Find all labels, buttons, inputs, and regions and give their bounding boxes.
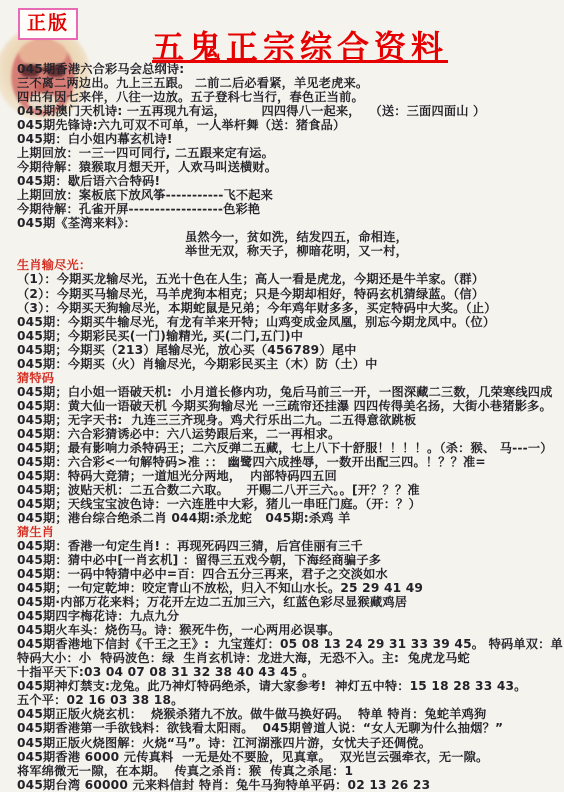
lottery-tip-sheet: 正版 五鬼正宗综合资料 045期香港六合彩马会总纲诗:三不离二两边出。九上三五跟…	[0, 0, 564, 792]
text-line: 045期：一码中特猜中必中=百：四合五分三再来，君子之交淡如水	[17, 567, 562, 581]
text-line: 045期香港地下信封《千王之王》: 九宝莲灯：05 08 13 24 29 31…	[17, 637, 562, 651]
text-line: 045期：香港一句定生肖! ：再现死码四三猜，后宫佳丽有三千	[17, 539, 562, 553]
text-line: 045期台湾 60000 元来料信封 特肖：兔牛马狗特单平码：02 13 26 …	[17, 778, 562, 792]
text-line: 045期先锋诗:六九可双不可单，一人举杆舞（送：猪食品）	[17, 118, 562, 132]
text-line: 045期：猜中必中[一肖玄机] ：留得三五戏今朝，下海经商骗子多	[17, 553, 562, 567]
text-line: 四出有因七来伴，八往一边放。五子登科七当行，春色正当前。	[17, 90, 562, 104]
text-line: 三不离二两边出。九上三五跟。 二前二后必看紧，羊见老虎来。	[17, 76, 562, 90]
text-line: 十指平天下:03 04 07 08 31 32 38 40 43 45 。	[17, 665, 562, 679]
section-header: 生肖输尽光：	[17, 258, 562, 272]
text-line: 045期：今期买（火）肖输尽光，今期彩民买主（木）防（土）中	[17, 357, 562, 371]
text-line: 045期正版火烧玄机： 烧猴杀猪九不放。做牛做马换好码。 特单 特肖：兔蛇羊鸡狗	[17, 707, 562, 721]
text-line: 045期；今期彩民买(一门)输精光, 买(二门,五门)中	[17, 329, 562, 343]
text-line: 上期回放：一三一四可同行, 二五跟来定有运。	[17, 146, 562, 160]
section-header: 猜特码	[17, 371, 562, 385]
text-line: 045期；天线宝宝波色诗：一六连胜中大彩，猪儿一串旺门庭。（开：？）	[17, 497, 562, 511]
text-line: （2）：今期买马输尽光，马羊虎狗本相克；只是今期却相好，特码玄机猜绿蓝。（信）	[17, 287, 562, 301]
text-line: 045期香港 6000 元传真料 一无是处不要脸，见真章。 双光岂云强牵衣，无一…	[17, 750, 562, 764]
text-line: （3）：今期买天狗输尽光，本期蛇鼠是兄弟；今年鸡年财多多，买定特码中大奖。（止）	[17, 301, 562, 315]
text-line: 045期火车头：烧伤马。诗：猴死牛伤，一心两用必误事。	[17, 623, 562, 637]
text-line: 045期；无字天书: 九连三三齐现身。鸡犬行乐出二九。二五得意欲跳板	[17, 413, 562, 427]
text-line: 虽然今一，贫如洗，结发四五，命相连，	[17, 230, 562, 244]
text-line: 今期待解：猿猴取月想天开，人欢马叫送横财。	[17, 160, 562, 174]
text-line: （1）：今期买龙输尽光，五光十色在人生；高人一看是虎龙，今期还是牛羊家。（群）	[17, 272, 562, 286]
content-lines: 045期香港六合彩马会总纲诗:三不离二两边出。九上三五跟。 二前二后必看紧，羊见…	[17, 62, 562, 792]
text-line: 045期；白小姐一语破天机: 小月道长修内功，兔后马前三一开，一图深藏二三数，几…	[17, 385, 562, 399]
text-line: 045期；最有影响力杀特码王；二六反弹二五藏，七上八下十舒服！！！！。（杀：猴、…	[17, 441, 562, 455]
text-line: 五个平：02 16 03 38 18。	[17, 693, 562, 707]
text-line: 045期香港第一手欲钱料：欲钱看太阳雨。 045期曾道人说：“女人无聊为什么抽烟…	[17, 721, 562, 735]
text-line: 045期；港台综合绝杀二肖 044期:杀龙蛇 045期:杀鸡 羊	[17, 511, 562, 525]
authentic-badge: 正版	[18, 8, 78, 40]
text-line: 045期神灯禁支:龙兔。此乃神灯特码绝杀，请大家参考! 神灯五中特：15 18 …	[17, 679, 562, 693]
text-line: 今期待解：孔雀开屏------------------色彩艳	[17, 202, 562, 216]
text-line: 上期回放：案板底下放风筝-----------飞不起来	[17, 188, 562, 202]
text-line: 045期《荃湾来料》：	[17, 216, 562, 230]
page-title: 五鬼正宗综合资料	[0, 22, 564, 68]
text-line: 045期：六合彩猜诱必中：六八运势跟后来，二一再相求。	[17, 427, 562, 441]
text-line: 045期正版火烧图解：火烧“马”。诗：江河湖涨四片游，女忧夫子还倜傥。	[17, 736, 562, 750]
text-line: 045期：今期买牛输尽光，有龙有羊来开特；山鸡变成金凤凰，别忘今期龙凤中。（位）	[17, 315, 562, 329]
text-line: 045期；一句定乾坤：咬定青山不放松，归入不知山水长。25 29 41 49	[17, 581, 562, 595]
text-line: 045期澳门天机诗: 一五再现九有运， 四四得八一起来， （送：三面四面山 ）	[17, 104, 562, 118]
text-line: 045期四字梅花诗：九点九分	[17, 609, 562, 623]
text-line: 045期：特码大竞猜；一道旭光分两地， 内部特码四五回	[17, 469, 562, 483]
text-line: 045期；波贴天机：二五合数二六取。 开赐二八开三六。。[开？？？准	[17, 483, 562, 497]
section-header: 猜生肖	[17, 525, 562, 539]
text-line: 将军绵微无一隙，在本期。 传真之杀肖：猴 传真之杀尾：1	[17, 764, 562, 778]
text-line: 045期；今期买（213）尾输尽光，放心买（456789）尾中	[17, 343, 562, 357]
text-line: 举世无双，称天子，柳暗花明，又一村，	[17, 244, 562, 258]
text-line: 特码大小：小 特码波色：绿 生肖玄机诗：龙进大海，无恐不入。主: 兔虎龙马蛇	[17, 651, 562, 665]
text-line: 045期：歇后语六合特码!	[17, 174, 562, 188]
text-line: 045期：六合彩<一句解特码>准 ：： 幽鹭四六成挫辱，一数开出配三四。！？？准…	[17, 455, 562, 469]
text-line: 045期：黄大仙一语破天机 今期买狗输尽光 一三疏帘还挂瀑 四四传得美名扬，大街…	[17, 399, 562, 413]
text-line: 045期·内部万花来料；万花开左边二五加三六，红蓝色彩尽显猴藏鸡居	[17, 595, 562, 609]
text-line: 045期：白小姐内幕玄机诗!	[17, 132, 562, 146]
